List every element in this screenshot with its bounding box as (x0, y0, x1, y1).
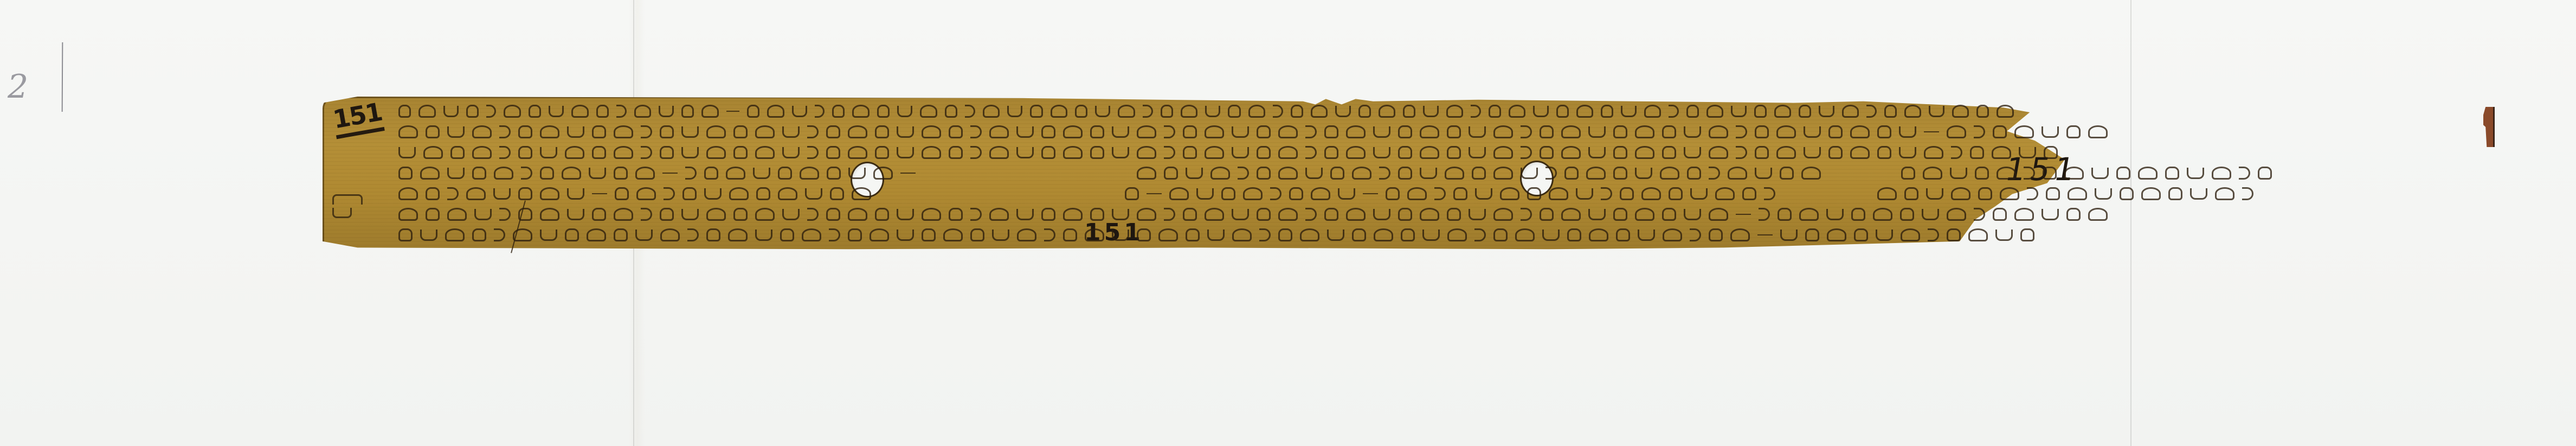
manuscript-line-5 (398, 187, 2253, 201)
palm-leaf-folio: 151 151 151 (323, 97, 2073, 254)
manuscript-line-6 (398, 207, 2108, 221)
manuscript-line-4 (398, 166, 2272, 180)
manuscript-line-2 (398, 125, 2108, 139)
board-fold-line (2130, 0, 2131, 446)
manuscript-line-1 (398, 104, 2014, 118)
manuscript-line-7 (398, 228, 2034, 242)
photograph-stage: 2 151 151 151 (0, 0, 2576, 446)
manuscript-line-3 (398, 145, 2058, 160)
pencil-rule-line (62, 42, 63, 112)
pencil-numeral: 2 (8, 68, 28, 106)
left-margin-note (332, 194, 363, 218)
leaf-fragment (2483, 107, 2495, 147)
